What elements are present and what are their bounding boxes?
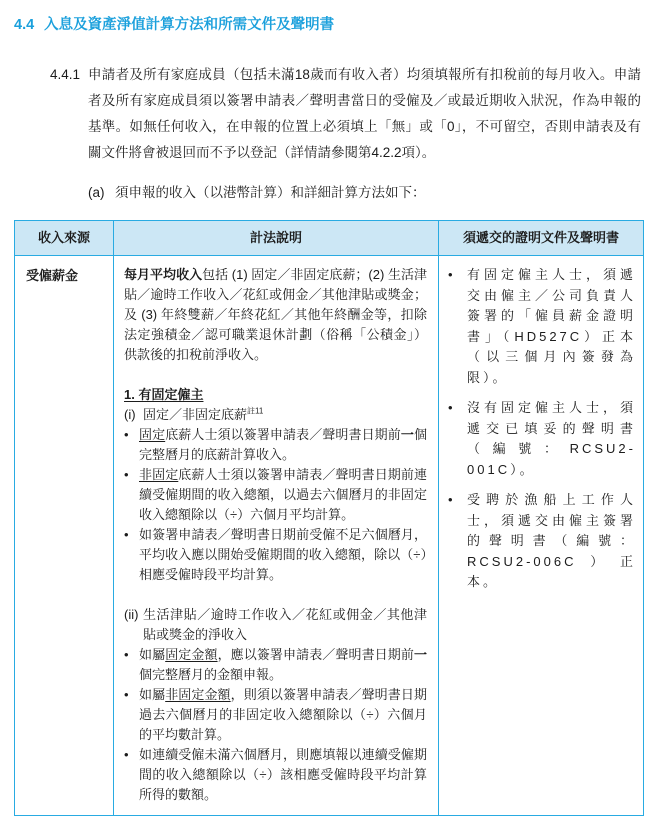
income-table: 收入來源 計法說明 須遞交的證明文件及聲明書 受僱薪金 每月平均收入包括 (1)… bbox=[14, 220, 644, 816]
method-subitem-ii: (ii) 生活津貼／逾時工作收入／花紅或佣金／其他津貼或獎金的淨收入 bbox=[124, 605, 427, 645]
document-bullet-1: • 有固定僱主人士，須遞交由僱主／公司負責人簽署的「僱員薪金證明書」（HD527… bbox=[448, 265, 636, 388]
document-bullet-2: • 沒有固定僱主人士，須遞交已填妥的聲明書（編號：RCSU2-001C）。 bbox=[448, 398, 636, 480]
method-bullet-6: • 如連續受僱未滿六個曆月，則應填報以連續受僱期間的收入總額除以（÷）該相應受僱… bbox=[124, 745, 427, 805]
document-page: 4.4 入息及資產淨值計算方法和所需文件及聲明書 4.4.1 申請者及所有家庭成… bbox=[0, 0, 657, 820]
method-section1-heading: 1. 有固定僱主 bbox=[124, 385, 427, 405]
income-source-cell: 受僱薪金 bbox=[15, 256, 114, 816]
spacer bbox=[124, 365, 427, 385]
document-bullet-3: • 受聘於漁船上工作人士，須遞交由僱主簽署的聲明書（編號：RCSU2-006C）… bbox=[448, 490, 636, 593]
method-intro-bold: 每月平均收入 bbox=[124, 267, 202, 282]
bullet-icon: • bbox=[448, 490, 467, 593]
bullet-icon: • bbox=[124, 525, 139, 585]
bullet-icon: • bbox=[448, 398, 467, 480]
bullet-icon: • bbox=[124, 425, 139, 465]
method-bullet-1: • 固定底薪人士須以簽署申請表／聲明書日期前一個完整曆月的底薪計算收入。 bbox=[124, 425, 427, 465]
method-bullet-5: • 如屬非固定金額，則須以簽署申請表／聲明書日期過去六個曆月的非固定收入總額除以… bbox=[124, 685, 427, 745]
method-bullet-2: • 非固定底薪人士須以簽署申請表／聲明書日期前連續受僱期間的收入總額，以過去六個… bbox=[124, 465, 427, 525]
required-documents-cell: • 有固定僱主人士，須遞交由僱主／公司負責人簽署的「僱員薪金證明書」（HD527… bbox=[439, 256, 644, 816]
method-bullet-4: • 如屬固定金額，應以簽署申請表／聲明書日期前一個完整曆月的金額申報。 bbox=[124, 645, 427, 685]
bullet-icon: • bbox=[124, 465, 139, 525]
paragraph-number: 4.4.1 bbox=[50, 62, 88, 166]
section-title: 入息及資產淨值計算方法和所需文件及聲明書 bbox=[44, 17, 334, 34]
method-intro-paragraph: 每月平均收入包括 (1) 固定／非固定底薪；(2) 生活津貼／逾時工作收入／花紅… bbox=[124, 265, 427, 365]
bullet-icon: • bbox=[448, 265, 467, 388]
bullet-icon: • bbox=[124, 645, 139, 685]
header-calculation-method: 計法說明 bbox=[114, 221, 439, 256]
section-number: 4.4 bbox=[14, 17, 34, 34]
table-header-row: 收入來源 計法說明 須遞交的證明文件及聲明書 bbox=[15, 221, 644, 256]
header-required-documents: 須遞交的證明文件及聲明書 bbox=[439, 221, 644, 256]
method-subitem-i: (i) 固定／非固定底薪註11 bbox=[124, 405, 427, 425]
sub-item-a-text: 須申報的收入（以港幣計算）和詳細計算方法如下： bbox=[115, 183, 426, 203]
method-bullet-3: • 如簽署申請表／聲明書日期前受僱不足六個曆月，平均收入應以開始受僱期間的收入總… bbox=[124, 525, 427, 585]
paragraph-441: 4.4.1 申請者及所有家庭成員（包括未滿18歲而有收入者）均須填報所有扣稅前的… bbox=[50, 62, 641, 166]
subitem-i-label: (i) bbox=[124, 405, 143, 425]
subitem-i-text: 固定／非固定底薪註11 bbox=[143, 405, 427, 425]
paragraph-text: 申請者及所有家庭成員（包括未滿18歲而有收入者）均須填報所有扣稅前的每月收入。申… bbox=[88, 62, 641, 166]
footnote-reference: 註11 bbox=[247, 407, 263, 416]
subitem-ii-label: (ii) bbox=[124, 605, 143, 645]
header-income-source: 收入來源 bbox=[15, 221, 114, 256]
bullet-icon: • bbox=[124, 745, 139, 805]
bullet-icon: • bbox=[124, 685, 139, 745]
sub-item-a-label: (a) bbox=[88, 183, 115, 203]
spacer bbox=[124, 585, 427, 605]
subitem-ii-text: 生活津貼／逾時工作收入／花紅或佣金／其他津貼或獎金的淨收入 bbox=[143, 605, 427, 645]
section-heading: 4.4 入息及資產淨值計算方法和所需文件及聲明書 bbox=[0, 0, 657, 34]
table-row-employment-salary: 受僱薪金 每月平均收入包括 (1) 固定／非固定底薪；(2) 生活津貼／逾時工作… bbox=[15, 256, 644, 816]
calculation-method-cell: 每月平均收入包括 (1) 固定／非固定底薪；(2) 生活津貼／逾時工作收入／花紅… bbox=[114, 256, 439, 816]
sub-item-a: (a) 須申報的收入（以港幣計算）和詳細計算方法如下： bbox=[88, 183, 641, 203]
income-source-label: 受僱薪金 bbox=[26, 268, 78, 283]
